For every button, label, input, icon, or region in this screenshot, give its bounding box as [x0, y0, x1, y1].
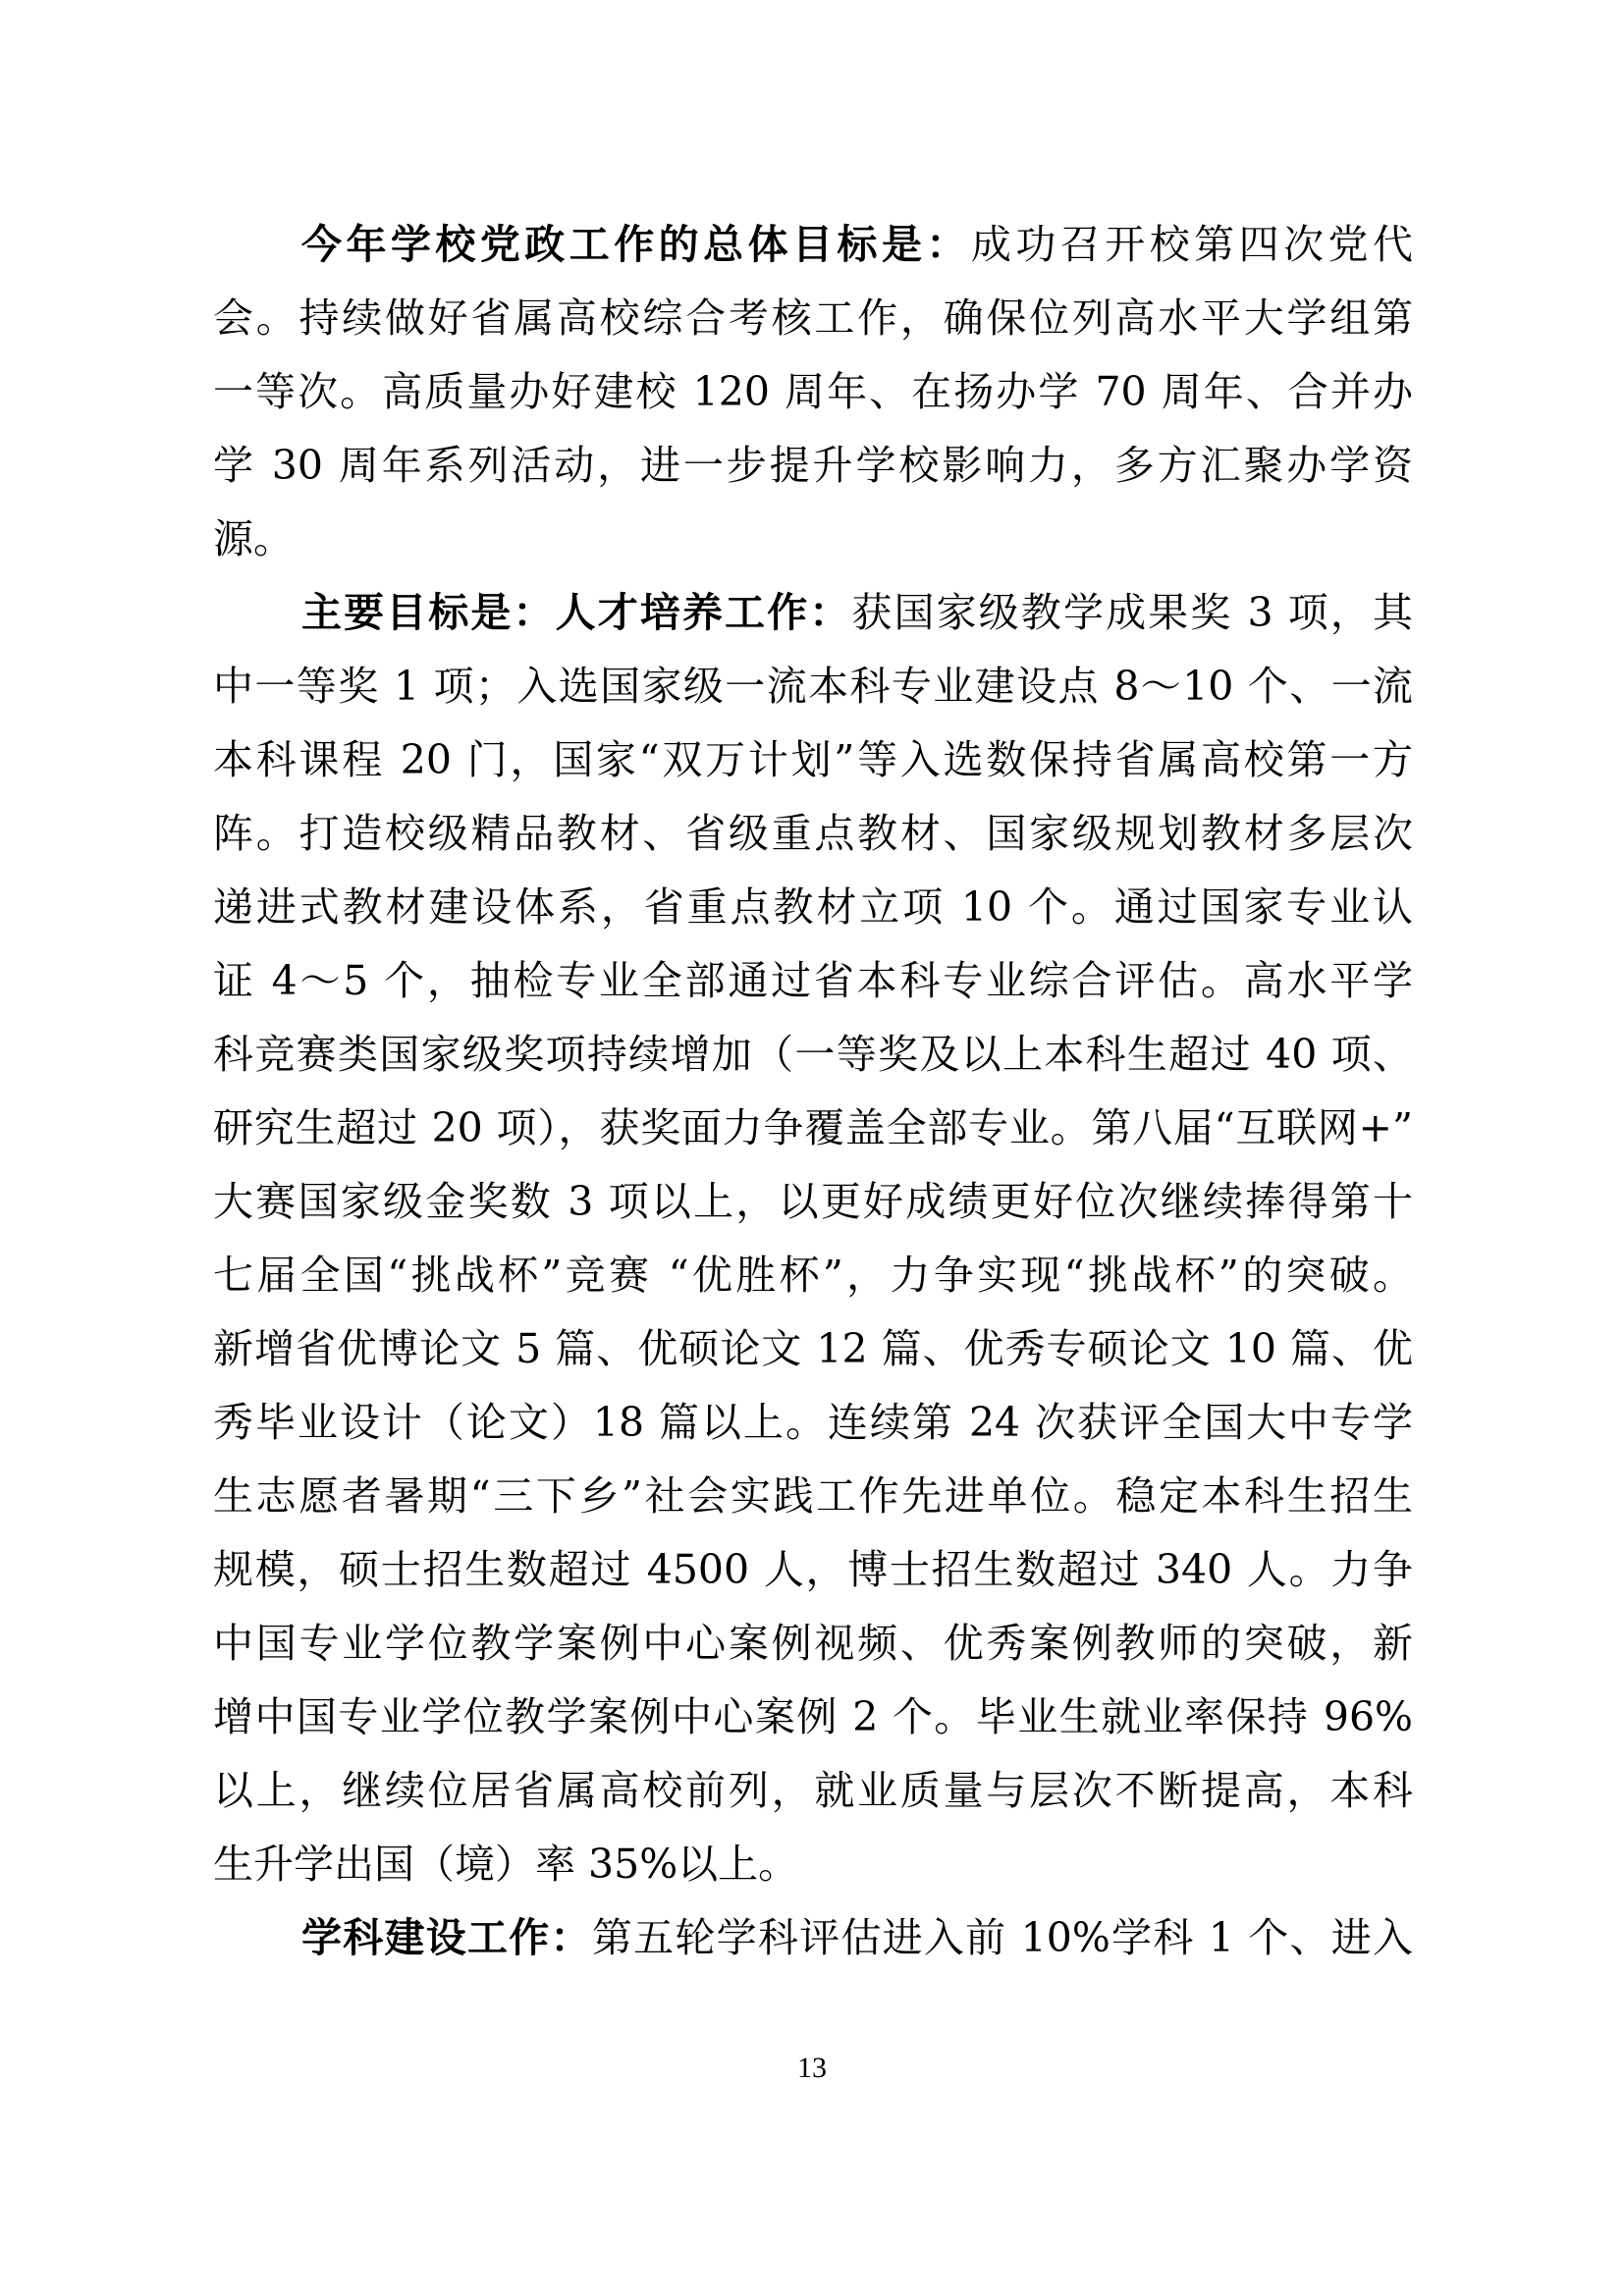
text-line: 科竞赛类国家级奖项持续增加（一等奖及以上本科生超过 40 项、: [213, 1018, 1413, 1092]
text-line: 生志愿者暑期“三下乡”社会实践工作先进单位。稳定本科生招生: [213, 1460, 1413, 1533]
text-line: 研究生超过 20 项），获奖面力争覆盖全部专业。第八届“互联网+”: [213, 1092, 1413, 1165]
text-line: 中一等奖 1 项；入选国家级一流本科专业建设点 8～10 个、一流: [213, 650, 1413, 723]
paragraph-overall-goal-line-1: 今年学校党政工作的总体目标是：成功召开校第四次党代: [213, 208, 1413, 282]
text-line: 新增省优博论文 5 篇、优硕论文 12 篇、优秀专硕论文 10 篇、优: [213, 1312, 1413, 1386]
text-line: 秀毕业设计（论文）18 篇以上。连续第 24 次获评全国大中专学: [213, 1386, 1413, 1460]
text-line: 源。: [213, 503, 1413, 576]
text-line: 成功召开校第四次党代: [971, 221, 1413, 268]
main-goals-heading: 主要目标是：人才培养工作：: [301, 589, 851, 636]
text-line: 递进式教材建设体系，省重点教材立项 10 个。通过国家专业认: [213, 871, 1413, 944]
text-line: 规模，硕士招生数超过 4500 人，博士招生数超过 340 人。力争: [213, 1533, 1413, 1607]
text-line: 阵。打造校级精品教材、省级重点教材、国家级规划教材多层次: [213, 797, 1413, 871]
overall-goal-heading: 今年学校党政工作的总体目标是：: [301, 221, 971, 268]
text-line: 获国家级教学成果奖 3 项，其: [851, 589, 1413, 636]
text-line: 中国专业学位教学案例中心案例视频、优秀案例教师的突破，新: [213, 1607, 1413, 1681]
text-line: 以上，继续位居省属高校前列，就业质量与层次不断提高，本科: [213, 1754, 1413, 1828]
text-line: 生升学出国（境）率 35%以上。: [213, 1828, 1413, 1901]
discipline-construction-heading: 学科建设工作：: [301, 1914, 592, 1961]
text-line: 学 30 周年系列活动，进一步提升学校影响力，多方汇聚办学资: [213, 429, 1413, 503]
text-line: 七届全国“挑战杯”竞赛 “优胜杯”，力争实现“挑战杯”的突破。: [213, 1239, 1413, 1312]
document-page: 今年学校党政工作的总体目标是：成功召开校第四次党代 会。持续做好省属高校综合考核…: [213, 208, 1413, 1975]
text-line: 第五轮学科评估进入前 10%学科 1 个、进入: [592, 1914, 1413, 1961]
text-line: 会。持续做好省属高校综合考核工作，确保位列高水平大学组第: [213, 282, 1413, 355]
text-line: 增中国专业学位教学案例中心案例 2 个。毕业生就业率保持 96%: [213, 1681, 1413, 1754]
page-number: 13: [0, 2052, 1624, 2085]
paragraph-discipline-line-1: 学科建设工作：第五轮学科评估进入前 10%学科 1 个、进入: [213, 1901, 1413, 1975]
paragraph-main-goals-line-1: 主要目标是：人才培养工作：获国家级教学成果奖 3 项，其: [213, 576, 1413, 650]
text-line: 本科课程 20 门，国家“双万计划”等入选数保持省属高校第一方: [213, 723, 1413, 797]
text-line: 一等次。高质量办好建校 120 周年、在扬办学 70 周年、合并办: [213, 355, 1413, 429]
text-line: 大赛国家级金奖数 3 项以上，以更好成绩更好位次继续捧得第十: [213, 1165, 1413, 1239]
text-line: 证 4～5 个，抽检专业全部通过省本科专业综合评估。高水平学: [213, 944, 1413, 1018]
